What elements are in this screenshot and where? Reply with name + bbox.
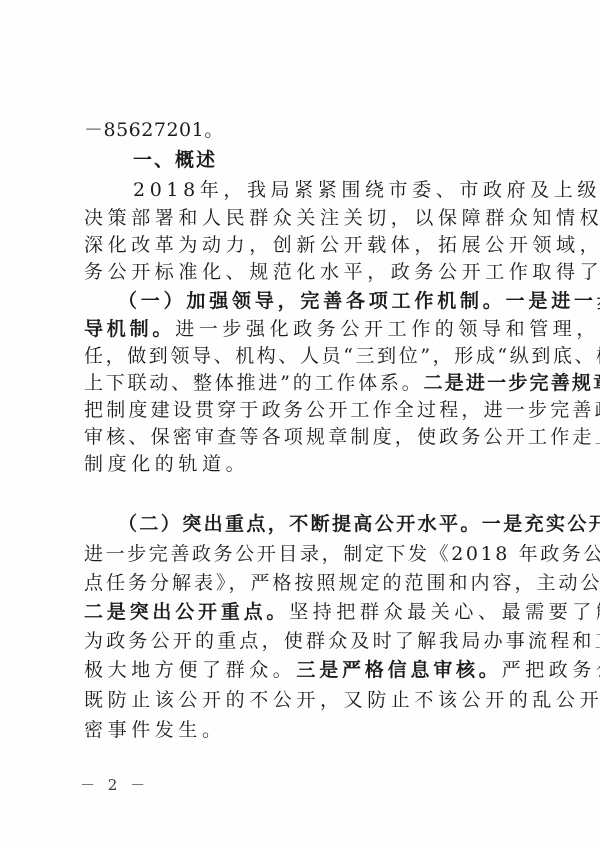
page-number: － 2 － xyxy=(80,774,149,795)
overview-line-4: 务公开标准化、规范化水平，政务公开工作取得了新的成效。 xyxy=(84,258,526,286)
item1-heading: （一）加强领导，完善各项工作机制。一是进一步完善领 xyxy=(118,287,526,315)
item1-line-4: 上下联动、整体推进”的工作体系。二是进一步完善规章制度。 xyxy=(84,369,526,397)
item2-line-6-text: 极大地方便了群众。 xyxy=(84,659,296,681)
item2-line-6-rest: 严把政务公开内容， xyxy=(502,659,600,681)
overview-line-2: 决策部署和人民群众关注关切，以保障群众知情权为目标，以 xyxy=(84,204,526,232)
item1-line-5: 把制度建设贯穿于政务公开工作全过程，进一步完善政务公开 xyxy=(84,396,526,424)
item2-line-6: 极大地方便了群众。三是严格信息审核。严把政务公开内容， xyxy=(84,656,526,684)
item2-line-3: 点任务分解表》，严格按照规定的范围和内容，主动公开信息。 xyxy=(84,569,526,597)
item2-line-2: 进一步完善政务公开目录，制定下发《2018 年政务公开工作要 xyxy=(84,540,526,568)
item1-subheading-2: 二是进一步完善规章制度。 xyxy=(424,372,600,394)
item1-line-2: 导机制。进一步强化政务公开工作的领导和管理，落实主体责 xyxy=(84,315,526,343)
overview-line-3: 深化改革为动力，创新公开载体，拓展公开领域，不断提升政 xyxy=(84,231,526,259)
item2-line-4: 二是突出公开重点。坚持把群众最关心、最需要了解的事项作 xyxy=(84,598,526,626)
item2-subheading-3: 三是严格信息审核。 xyxy=(296,659,501,681)
item1-subheading-1: 导机制。 xyxy=(84,318,175,340)
phone-continuation: －85627201。 xyxy=(84,116,526,144)
item1-line-4-text: 上下联动、整体推进”的工作体系。 xyxy=(84,372,424,394)
item1-line-2-text: 进一步强化政务公开工作的领导和管理，落实主体责 xyxy=(175,318,600,340)
item2-line-8: 密事件发生。 xyxy=(84,716,526,744)
section-heading: 一、概述 xyxy=(133,146,217,174)
item1-line-6: 审核、保密审查等各项规章制度，使政务公开工作走上规范化、 xyxy=(84,423,526,451)
item2-heading: （二）突出重点，不断提高公开水平。一是充实公开内容。 xyxy=(118,510,528,538)
item1-line-3: 任，做到领导、机构、人员“三到位”，形成“纵到底、横到边， xyxy=(84,342,526,370)
item2-line-7: 既防止该公开的不公开，又防止不该公开的乱公开，确保无泄 xyxy=(84,686,526,714)
overview-line-1: 2018年，我局紧紧围绕市委、市政府及上级公安机关重大 xyxy=(133,176,526,204)
item2-line-4-text: 坚持把群众最关心、最需要了解的事项作 xyxy=(289,601,600,623)
item2-subheading-2: 二是突出公开重点。 xyxy=(84,601,289,623)
document-page: －85627201。 一、概述 2018年，我局紧紧围绕市委、市政府及上级公安机… xyxy=(0,0,600,848)
item2-line-5: 为政务公开的重点，使群众及时了解我局办事流程和工作动态， xyxy=(84,627,526,655)
item1-line-7: 制度化的轨道。 xyxy=(84,450,526,478)
